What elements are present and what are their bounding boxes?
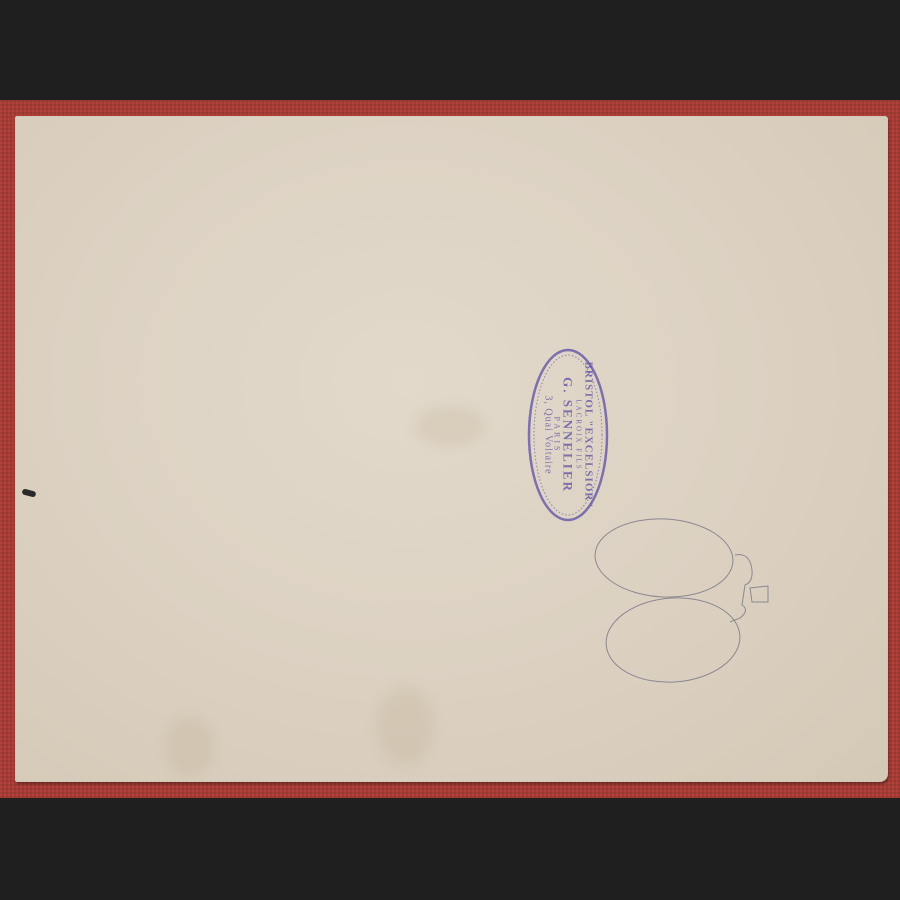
stamp-line-5: 3, Quai Voltaire [542, 350, 553, 520]
top-dark-band [0, 0, 900, 100]
stamp-line-3: G. SENNELIER [561, 350, 575, 520]
stamp-line-2: LACROIX FILS [575, 350, 582, 520]
stamp-text: BRISTOL "EXCELSIOR" LACROIX FILS G. SENN… [542, 350, 593, 520]
stamp-line-4: PARIS [553, 350, 561, 520]
stain [415, 406, 485, 446]
stain [165, 716, 215, 776]
bottom-dark-band [0, 798, 900, 900]
pencil-sketch [590, 510, 780, 690]
stain [375, 686, 435, 766]
stamp-line-1: BRISTOL "EXCELSIOR" [582, 350, 594, 520]
